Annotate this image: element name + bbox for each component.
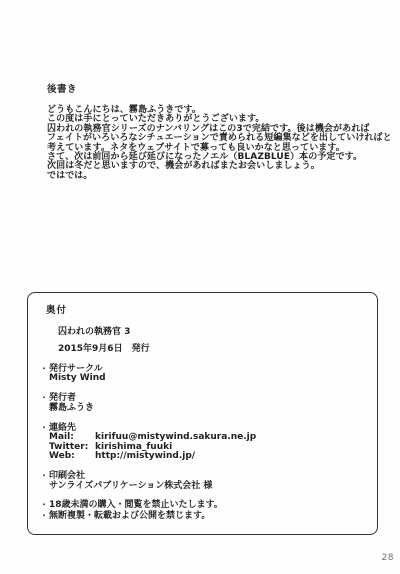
circle-name: Misty Wind: [49, 374, 377, 384]
legal-notices: ・18歳未満の購入・閲覧を禁止いたします。 ・無断複製・転載および公開を禁じます…: [28, 500, 377, 521]
contact-web-row: Web:http://mistywind.jp/: [49, 452, 377, 462]
section-label: 発行サークル: [49, 364, 103, 374]
afterword-line: 次回は冬だと思いますので、機会があればまたお会いしましょう。: [47, 162, 392, 171]
contact-web-label: Web:: [49, 452, 95, 462]
publisher-section: ・発行者 霧島ふうき: [28, 393, 377, 413]
contact-twitter-value: kirishima_fuuki: [95, 442, 172, 452]
bullet-icon: ・: [40, 500, 49, 510]
colophon-heading: 奥付: [46, 306, 377, 316]
author-name: 霧島ふうき: [49, 404, 377, 414]
contact-web-value: http://mistywind.jp/: [95, 451, 195, 461]
bullet-icon: ・: [40, 423, 49, 433]
page-number: 28: [382, 553, 394, 563]
bullet-icon: ・: [40, 511, 49, 521]
printer-name: サンライズパブリケーション株式会社 様: [49, 482, 377, 492]
scanned-document-page: 後書き どうもこんにちは、霧島ふうきです。 この度は手にとっていただきありがとう…: [0, 0, 400, 574]
afterword-heading: 後書き: [47, 85, 392, 95]
printer-section: ・印刷会社 サンライズパブリケーション株式会社 様: [28, 471, 377, 491]
book-title: 囚われの執務官 3: [58, 327, 377, 337]
bullet-icon: ・: [40, 471, 49, 481]
publisher-circle-section: ・発行サークル Misty Wind: [28, 364, 377, 384]
afterword-section: 後書き どうもこんにちは、霧島ふうきです。 この度は手にとっていただきありがとう…: [47, 85, 392, 181]
copyright-notice: 無断複製・転載および公開を禁じます。: [49, 511, 210, 521]
section-label: 印刷会社: [49, 471, 85, 481]
age-restriction-notice: 18歳未満の購入・閲覧を禁止いたします。: [49, 500, 223, 510]
afterword-line: ではでは。: [47, 172, 392, 181]
bullet-icon: ・: [40, 364, 49, 374]
contact-section: ・連絡先 Mail:kirifuu@mistywind.sakura.ne.jp…: [28, 423, 377, 462]
afterword-paragraph: どうもこんにちは、霧島ふうきです。 この度は手にとっていただきありがとうございま…: [47, 106, 392, 181]
section-label: 発行者: [49, 393, 76, 403]
section-label: 連絡先: [49, 423, 76, 433]
publication-date: 2015年9月6日 発行: [58, 344, 377, 354]
bullet-icon: ・: [40, 393, 49, 403]
colophon-box: 奥付 囚われの執務官 3 2015年9月6日 発行 ・発行サークル Misty …: [27, 292, 378, 535]
contact-mail-value: kirifuu@mistywind.sakura.ne.jp: [95, 432, 256, 442]
